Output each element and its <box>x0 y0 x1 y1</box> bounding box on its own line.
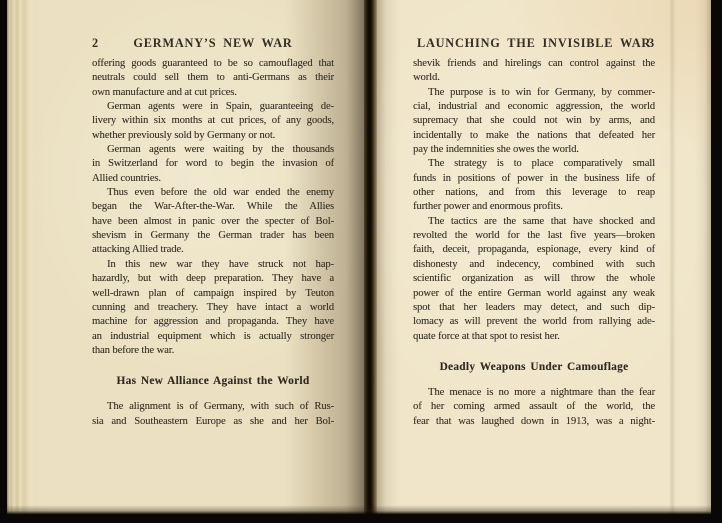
text-line: The menace is no more a nightmare than t… <box>413 386 655 400</box>
right-page-body: shevik friends and hirelings can control… <box>413 57 655 429</box>
text-line: quate force at that spot to resist her. <box>413 330 655 344</box>
text-line: have been almost in panic over the spect… <box>92 215 334 229</box>
paragraph: offering goods guaranteed to be so camou… <box>92 57 334 100</box>
text-line: well-drawn plan of campaign inspired by … <box>92 287 334 301</box>
text-line: The purpose is to win for Germany, by co… <box>413 86 655 100</box>
text-line: offering goods guaranteed to be so camou… <box>92 57 334 71</box>
text-line: livery within six months at cut prices, … <box>92 114 334 128</box>
paragraph: The purpose is to win for Germany, by co… <box>413 86 655 158</box>
section-heading: Deadly Weapons Under Camouflage <box>413 360 655 374</box>
text-line: in Switzerland for word to begin the inv… <box>92 157 334 171</box>
text-line: faith, deceit, propaganda, espionage, ev… <box>413 243 655 257</box>
text-line: German agents were in Spain, guaranteein… <box>92 100 334 114</box>
paragraph: The tactics are the same that have shock… <box>413 215 655 344</box>
text-line: whether previously sold by Germany or no… <box>92 129 334 143</box>
page-bottom-shadow <box>7 505 711 514</box>
text-line: cunning and treachery. They have intact … <box>92 301 334 315</box>
paragraph: German agents were waiting by the thousa… <box>92 143 334 186</box>
paragraph: The strategy is to place comparatively s… <box>413 157 655 214</box>
right-running-header: LAUNCHING THE INVISIBLE WAR 3 <box>413 36 655 51</box>
text-line: fear that was laughed down in 1913, was … <box>413 415 655 429</box>
text-line: dishonesty and indecency, combined with … <box>413 258 655 272</box>
text-line: Allied countries. <box>92 172 334 186</box>
left-running-header: 2 GERMANY’S NEW WAR <box>92 36 334 51</box>
text-line: incidentally to make the nations that de… <box>413 129 655 143</box>
text-line: other nations, and from this leverage to… <box>413 186 655 200</box>
right-page-number: 3 <box>648 36 655 51</box>
text-line: cial, industrial and economic aggression… <box>413 100 655 114</box>
gutter-shadow <box>364 0 377 514</box>
text-line: revolted the world for the last five yea… <box>413 229 655 243</box>
text-line: own manufacture and at cut prices. <box>92 86 334 100</box>
text-line: supremacy that she could not win by arms… <box>413 114 655 128</box>
text-line: attacking Allied trade. <box>92 243 334 257</box>
text-line: lomacy as will prevent the world from ra… <box>413 315 655 329</box>
text-line: shevism in Germany the German trader has… <box>92 229 334 243</box>
paragraph: German agents were in Spain, guaranteein… <box>92 100 334 143</box>
text-line: hazardly, but with deep preparation. The… <box>92 272 334 286</box>
text-line: power of the entire German world against… <box>413 287 655 301</box>
paragraph: The menace is no more a nightmare than t… <box>413 386 655 429</box>
paragraph: In this new war they have struck not hap… <box>92 258 334 358</box>
text-line: pay the indemnities she owes the world. <box>413 143 655 157</box>
text-line: scientific organization as will throw th… <box>413 272 655 286</box>
paragraph: shevik friends and hirelings can control… <box>413 57 655 86</box>
paragraph: Thus even before the old war ended the e… <box>92 186 334 258</box>
text-line: sia and Southeastern Europe as she and h… <box>92 415 334 429</box>
right-running-title: LAUNCHING THE INVISIBLE WAR <box>413 36 655 51</box>
book-spread: 2 GERMANY’S NEW WAR LAUNCHING THE INVISI… <box>0 0 722 523</box>
left-page-body: offering goods guaranteed to be so camou… <box>92 57 334 429</box>
text-line: of her coming armed assault of the world… <box>413 400 655 414</box>
text-line: world. <box>413 71 655 85</box>
paragraph: The alignment is of Germany, with such o… <box>92 400 334 429</box>
text-line: German agents were waiting by the thousa… <box>92 143 334 157</box>
section-heading: Has New Alliance Against the World <box>92 374 334 388</box>
text-line: neutrals could sell them to anti-Germans… <box>92 71 334 85</box>
text-line: an industrial equipment which is actuall… <box>92 330 334 344</box>
text-line: began the War-After-the-War. While the A… <box>92 200 334 214</box>
left-running-title: GERMANY’S NEW WAR <box>92 36 334 51</box>
text-line: shevik friends and hirelings can control… <box>413 57 655 71</box>
text-line: Thus even before the old war ended the e… <box>92 186 334 200</box>
left-page-number: 2 <box>92 36 99 51</box>
text-line: further power and enormous profits. <box>413 200 655 214</box>
text-line: In this new war they have struck not hap… <box>92 258 334 272</box>
text-line: The tactics are the same that have shock… <box>413 215 655 229</box>
text-line: funds in positions of power in the busin… <box>413 172 655 186</box>
text-line: The alignment is of Germany, with such o… <box>92 400 334 414</box>
text-line: spot that her leaders may detect, and su… <box>413 301 655 315</box>
text-line: The strategy is to place comparatively s… <box>413 157 655 171</box>
text-line: than before the war. <box>92 344 334 358</box>
text-line: machine for aggression and propaganda. T… <box>92 315 334 329</box>
